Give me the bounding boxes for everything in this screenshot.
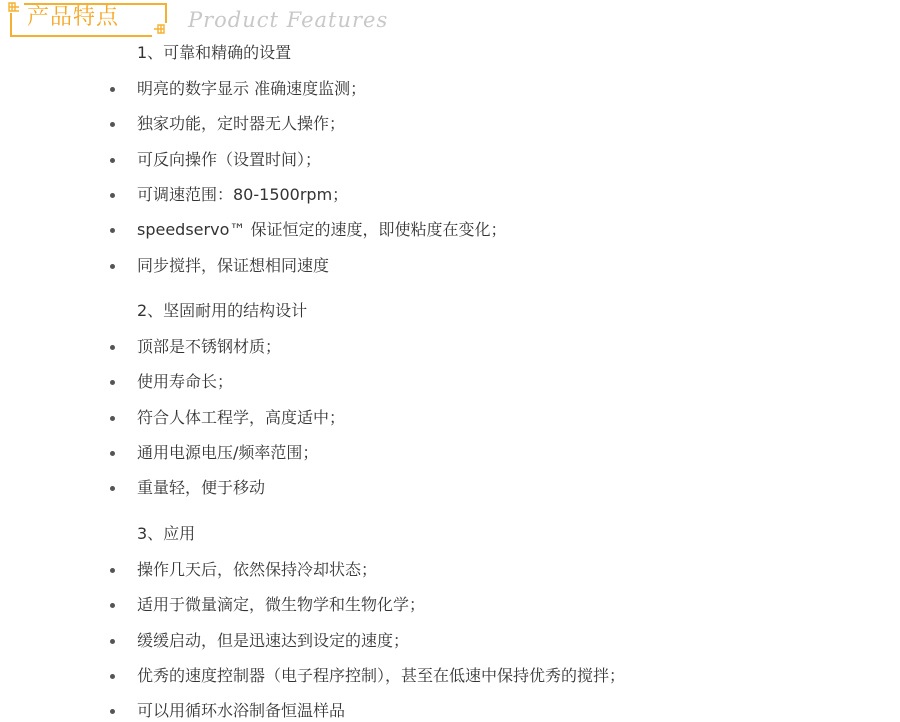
knot-ornament-icon (8, 2, 20, 12)
list-item: 同步搅拌，保证想相同速度 (0, 256, 900, 276)
bullet-icon (110, 228, 115, 233)
list-item: 独家功能，定时器无人操作； (0, 114, 900, 134)
knot-ornament-icon (153, 24, 165, 34)
list-item: 优秀的速度控制器（电子程序控制），甚至在低速中保持优秀的搅拌； (0, 666, 900, 686)
bullet-icon (110, 709, 115, 714)
bullet-icon (110, 193, 115, 198)
list-item: 明亮的数字显示 准确速度监测； (0, 79, 900, 99)
list-item: 通用电源电压/频率范围； (0, 443, 900, 463)
title-chinese: 产品特点 (27, 5, 119, 31)
frame-left-border (10, 13, 12, 37)
list-item: 使用寿命长； (0, 372, 900, 392)
bullet-icon (110, 639, 115, 644)
bullet-icon (110, 568, 115, 573)
section-header: 产品特点 Product Features (0, 0, 900, 40)
list-item: speedservo™ 保证恒定的速度，即使粘度在变化； (0, 220, 900, 240)
list-item: 可以用循环水浴制备恒温样品 (0, 701, 900, 721)
list-item: 符合人体工程学，高度适中； (0, 408, 900, 428)
section-heading: 1、可靠和精确的设置 (137, 43, 291, 63)
title-english: Product Features (188, 7, 388, 33)
section-heading: 3、应用 (137, 524, 195, 544)
bullet-icon (110, 451, 115, 456)
list-item: 缓缓启动，但是迅速达到设定的速度； (0, 631, 900, 651)
list-item: 可反向操作（设置时间）； (0, 150, 900, 170)
bullet-icon (110, 603, 115, 608)
bullet-icon (110, 674, 115, 679)
bullet-icon (110, 158, 115, 163)
bullet-icon (110, 486, 115, 491)
frame-bottom-border (10, 35, 152, 37)
list-item: 适用于微量滴定，微生物学和生物化学； (0, 595, 900, 615)
list-item: 可调速范围：80-1500rpm； (0, 185, 900, 205)
list-item: 操作几天后，依然保持冷却状态； (0, 560, 900, 580)
bullet-icon (110, 264, 115, 269)
bullet-icon (110, 416, 115, 421)
bullet-icon (110, 87, 115, 92)
list-item: 重量轻，便于移动 (0, 478, 900, 498)
frame-right-border (165, 3, 167, 23)
bullet-icon (110, 380, 115, 385)
section-heading: 2、坚固耐用的结构设计 (137, 301, 307, 321)
list-item: 顶部是不锈钢材质； (0, 337, 900, 357)
bullet-icon (110, 122, 115, 127)
bullet-icon (110, 345, 115, 350)
